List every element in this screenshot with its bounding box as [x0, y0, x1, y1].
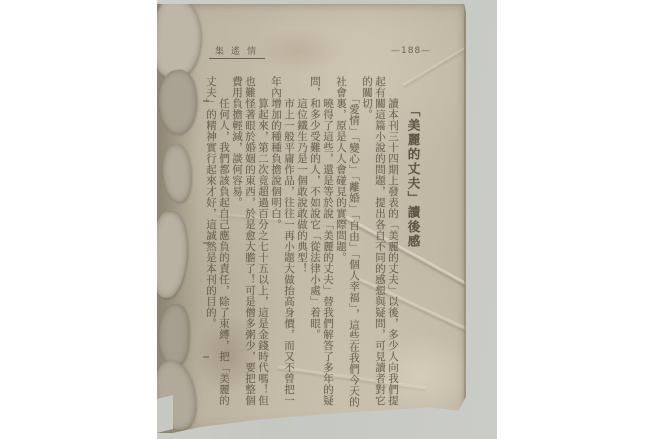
paper-stain: [253, 28, 343, 74]
page-number: —188—: [391, 46, 431, 56]
body-paragraph: 「愛情」「變心」「離婚」「自由」「個人幸福」，這些在我們今天的社會裏，原是人人會…: [334, 76, 360, 410]
article-body: 讀本刊三十四期上發表的「美麗的丈夫」以後，多少人向我們提起有關這篇小說的問題，提…: [204, 76, 399, 410]
page-right-edge: [464, 4, 466, 407]
body-paragraph: 這位鐵生乃是一個敢說敢做的典型！: [295, 76, 308, 410]
body-paragraph: 市上一般平庸作品，往往一再小題大做抬高身價，而又不曾把一年內增加的種種負擔說個明…: [269, 76, 295, 410]
photo-background: 集遙情 —188— 「美麗的丈夫」讀後感 讀本刊三十四期上發表的「美麗的丈夫」以…: [157, 0, 497, 439]
article-title: 「美麗的丈夫」讀後感: [405, 76, 421, 410]
book-page: 集遙情 —188— 「美麗的丈夫」讀後感 讀本刊三十四期上發表的「美麗的丈夫」以…: [157, 4, 466, 433]
running-header: 集遙情: [209, 44, 265, 59]
body-paragraph: 任何人，我們都該負起自己應負的責任，除了束縛，把「美麗的丈夫」的精神實行起來才好…: [204, 76, 230, 410]
body-paragraph: 讀本刊三十四期上發表的「美麗的丈夫」以後，多少人向我們提起有關這篇小說的問題，提…: [360, 76, 399, 410]
body-paragraph: 算起來，第二次竟超過百分之七十五以上，這是金錢時代嗎！但也難怪著眼於婚姻的東西，…: [230, 76, 269, 410]
spine-tape-patch: [159, 304, 189, 366]
body-paragraph: 曉得了這些，還是等於說「美麗的丈夫」替我們解答了多年的疑問，和多少受難的人，不如…: [308, 76, 334, 410]
article-text: 「美麗的丈夫」讀後感 讀本刊三十四期上發表的「美麗的丈夫」以後，多少人向我們提起…: [213, 76, 421, 410]
torn-corner-gap: [157, 395, 173, 433]
